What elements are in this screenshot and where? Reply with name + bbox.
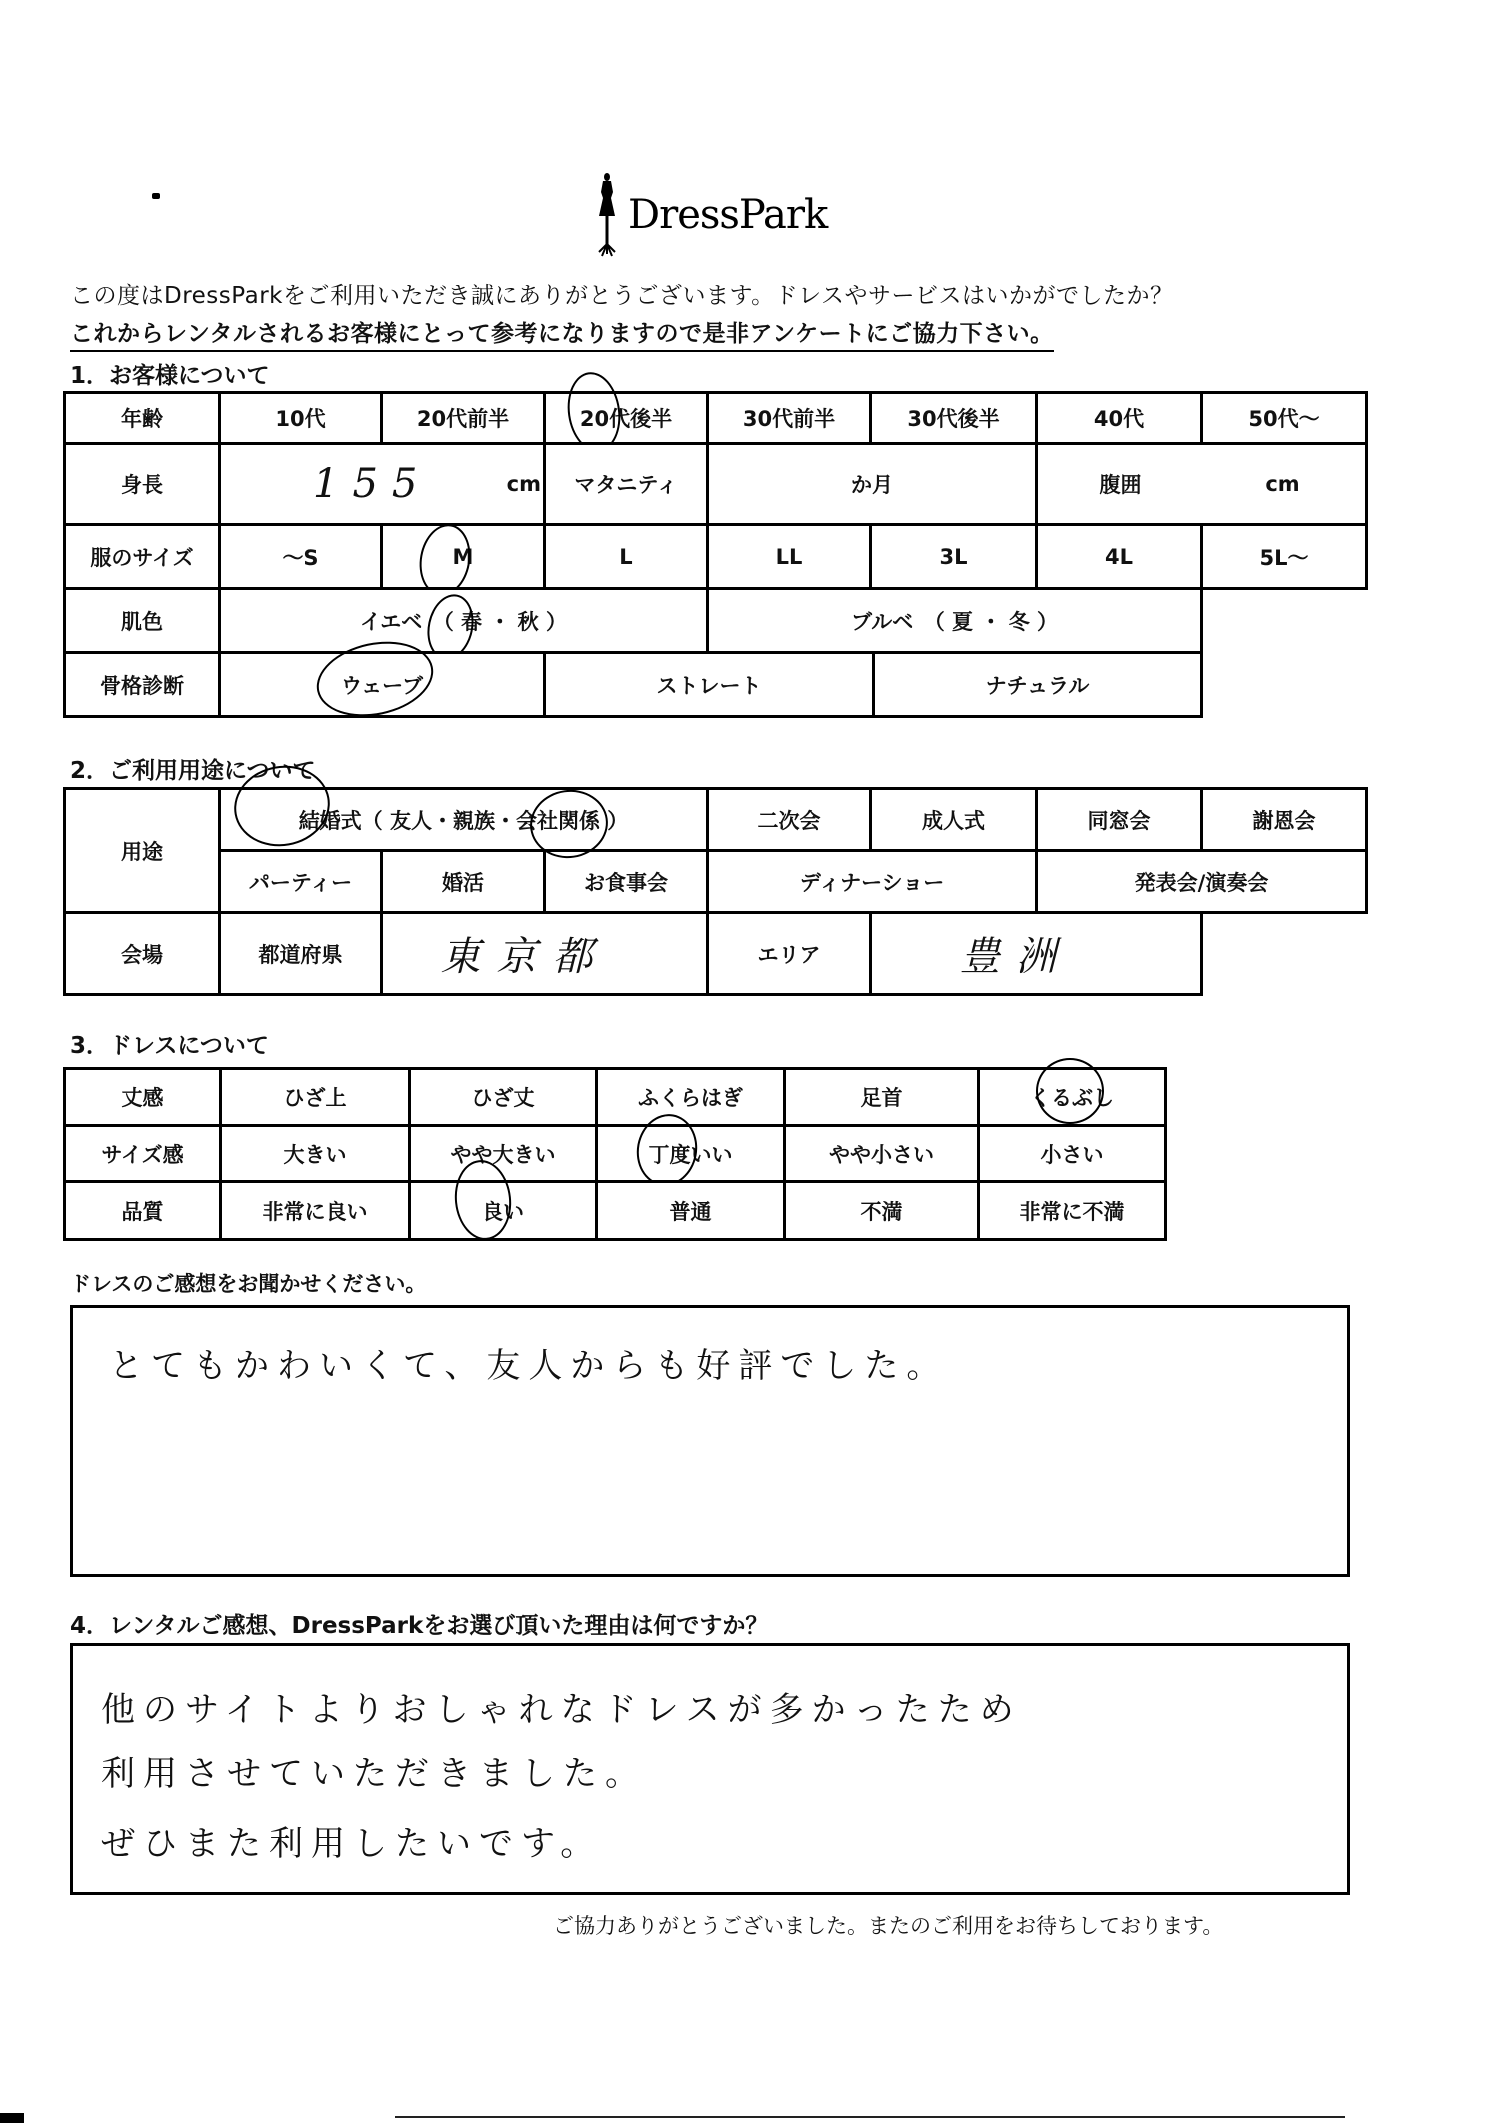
age-label: 年齢 [63, 391, 221, 445]
purpose-option[interactable]: 二次会 [706, 787, 872, 852]
quality-label: 品質 [63, 1180, 222, 1241]
reason-line: ぜひまた利用したいです。 [101, 1816, 602, 1865]
section1-title: 1．お客様について [70, 357, 270, 390]
age-option[interactable]: 10代 [218, 391, 383, 445]
dress-comment-text: とてもかわいくて、友人からも好評でした。 [109, 1338, 948, 1387]
area-value: 豊洲 [960, 925, 1072, 982]
reason-answer-box[interactable]: 他のサイトよりおしゃれなドレスが多かったため 利用させていただきました。 ぜひま… [70, 1643, 1350, 1895]
length-option-selected[interactable]: くるぶし [977, 1067, 1167, 1127]
purpose-option[interactable]: 発表会/演奏会 [1035, 849, 1368, 914]
age-option[interactable]: 40代 [1035, 391, 1203, 445]
waist-label: 腹囲 [1035, 442, 1203, 526]
intro-request: これからレンタルされるお客様にとって参考になりますので是非アンケートにご協力下さ… [70, 315, 1054, 352]
quality-option[interactable]: 非常に不満 [977, 1180, 1167, 1241]
purpose-wedding[interactable]: 結婚式（ 友人・親族・会社関係 ） [218, 787, 709, 852]
fit-option[interactable]: 大きい [219, 1124, 411, 1183]
prefecture-label: 都道府県 [218, 911, 383, 996]
purpose-option[interactable]: 謝恩会 [1200, 787, 1368, 852]
skin-blue-base[interactable]: ブルベ （ 夏 ・ 冬 ） [706, 587, 1203, 654]
scan-speck [152, 193, 160, 199]
dress-comment-prompt: ドレスのご感想をお聞かせください。 [70, 1268, 426, 1298]
length-option[interactable]: 足首 [783, 1067, 980, 1127]
size-option[interactable]: 4L [1035, 523, 1203, 590]
waist-field[interactable]: cm [1200, 442, 1368, 526]
size-option[interactable]: 3L [869, 523, 1038, 590]
footer-thanks: ご協力ありがとうございました。またのご利用をお待ちしております。 [553, 1910, 1223, 1940]
waist-unit: cm [1265, 472, 1299, 496]
length-option[interactable]: ひざ丈 [408, 1067, 598, 1127]
age-option[interactable]: 30代前半 [706, 391, 872, 445]
quality-option-selected[interactable]: 良い [408, 1180, 598, 1241]
intro-thanks: この度はDressParkをご利用いただき誠にありがとうございます。ドレスやサー… [70, 277, 1173, 310]
age-option-selected[interactable]: 20代後半 [543, 391, 709, 445]
quality-option[interactable]: 普通 [595, 1180, 786, 1241]
frame-option[interactable]: ストレート [543, 651, 875, 718]
frame-option[interactable]: ナチュラル [872, 651, 1203, 718]
purpose-option[interactable]: 婚活 [380, 849, 546, 914]
fit-option[interactable]: 小さい [977, 1124, 1167, 1183]
frame-label: 骨格診断 [63, 651, 221, 718]
size-option[interactable]: L [543, 523, 709, 590]
brand-logo: DressPark [628, 192, 827, 238]
scan-bottom-line [395, 2116, 1345, 2118]
mannequin-icon [593, 172, 621, 258]
fit-label: サイズ感 [63, 1124, 222, 1183]
section2-title: 2．ご利用用途について [70, 752, 316, 785]
purpose-label: 用途 [63, 787, 221, 914]
reason-line: 他のサイトよりおしゃれなドレスが多かったため [101, 1682, 1022, 1731]
section3-title: 3．ドレスについて [70, 1027, 269, 1060]
venue-label: 会場 [63, 911, 221, 996]
reason-line: 利用させていただきました。 [101, 1746, 647, 1795]
height-unit: cm [507, 472, 541, 496]
length-option[interactable]: ひざ上 [219, 1067, 411, 1127]
purpose-option[interactable]: お食事会 [543, 849, 709, 914]
purpose-option[interactable]: 同窓会 [1035, 787, 1203, 852]
size-option[interactable]: 5L～ [1200, 523, 1368, 590]
purpose-option[interactable]: パーティー [218, 849, 383, 914]
height-label: 身長 [63, 442, 221, 526]
fit-option[interactable]: やや大きい [408, 1124, 598, 1183]
maternity-unit: か月 [851, 469, 893, 499]
quality-option[interactable]: 不満 [783, 1180, 980, 1241]
purpose-option[interactable]: ディナーショー [706, 849, 1038, 914]
quality-option[interactable]: 非常に良い [219, 1180, 411, 1241]
size-option[interactable]: ～S [218, 523, 383, 590]
fit-option-selected[interactable]: 丁度いい [595, 1124, 786, 1183]
size-option-selected[interactable]: M [380, 523, 546, 590]
section4-title: 4．レンタルご感想、DressParkをお選び頂いた理由は何ですか？ [70, 1607, 768, 1640]
size-option[interactable]: LL [706, 523, 872, 590]
fit-option[interactable]: やや小さい [783, 1124, 980, 1183]
height-field[interactable]: 155 cm [218, 442, 546, 526]
age-option[interactable]: 20代前半 [380, 391, 546, 445]
prefecture-field[interactable]: 東京都 [380, 911, 709, 996]
age-option[interactable]: 50代～ [1200, 391, 1368, 445]
age-option[interactable]: 30代後半 [869, 391, 1038, 445]
purpose-option[interactable]: 成人式 [869, 787, 1038, 852]
area-label: エリア [706, 911, 872, 996]
scan-edge-mark [0, 2113, 24, 2123]
prefecture-value: 東京都 [441, 925, 609, 982]
area-field[interactable]: 豊洲 [869, 911, 1203, 996]
size-label: 服のサイズ [63, 523, 221, 590]
maternity-label: マタニティ [543, 442, 709, 526]
frame-option-selected[interactable]: ウェーブ [218, 651, 546, 718]
length-label: 丈感 [63, 1067, 222, 1127]
maternity-field[interactable]: か月 [706, 442, 1038, 526]
height-value: 155 [313, 461, 431, 507]
skin-label: 肌色 [63, 587, 221, 654]
skin-yellow-base[interactable]: イエベ （ 春 ・ 秋 ） [218, 587, 709, 654]
length-option[interactable]: ふくらはぎ [595, 1067, 786, 1127]
dress-comment-box[interactable]: とてもかわいくて、友人からも好評でした。 [70, 1305, 1350, 1577]
